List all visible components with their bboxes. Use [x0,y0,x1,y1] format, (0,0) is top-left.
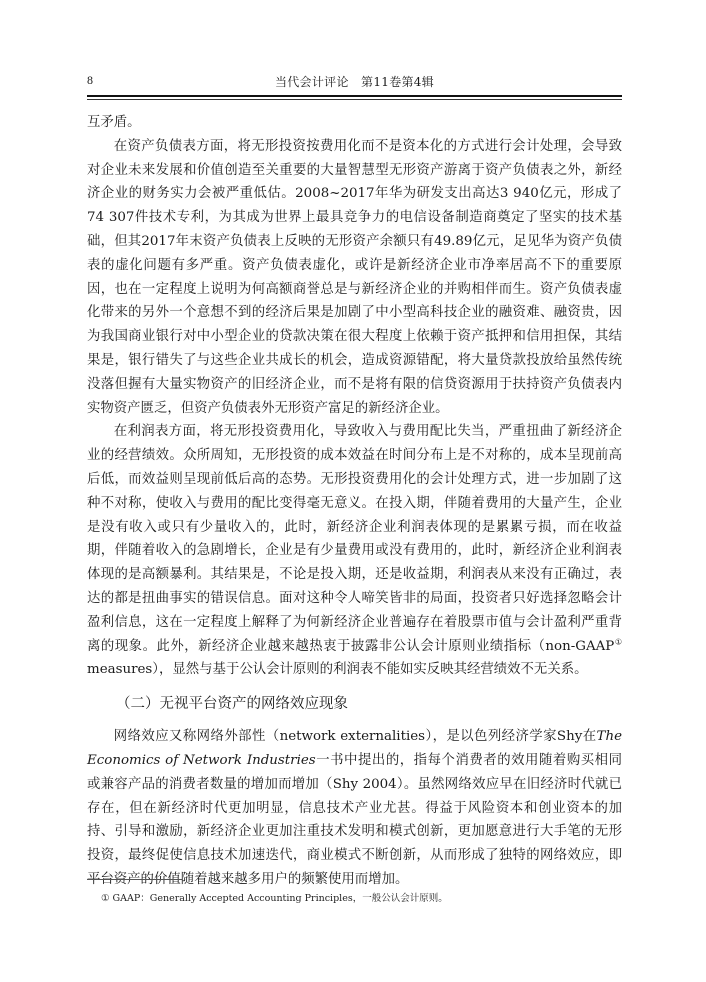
footnote: ① GAAP：Generally Accepted Accounting Pri… [101,890,448,904]
paragraph-balance-sheet: 在资产负债表方面，将无形投资按费用化而不是资本化的方式进行会计处理，会导致对企业… [87,135,622,421]
paragraph-text: measures），显然与基于公认会计原则的利润表不能如实反映其经营绩效不无关系… [87,662,588,677]
header-rule-thin [87,99,622,100]
paragraph-text: 在利润表方面，将无形投资费用化，导致收入与费用配比失当，严重扭曲了新经济企业的经… [87,424,622,653]
section-heading: （二）无视平台资产的网络效应现象 [87,690,622,718]
footnote-ref[interactable]: ① [614,637,622,646]
footnote-separator [87,879,182,880]
journal-title: 当代会计评论 第11卷第4辑 [87,73,622,90]
paragraph-continuation: 互矛盾。 [87,111,622,135]
paragraph-income-statement: 在利润表方面，将无形投资费用化，导致收入与费用配比失当，严重扭曲了新经济企业的经… [87,420,622,682]
paragraph-network-effect: 网络效应又称网络外部性（network externalities），是以色列经… [87,725,622,892]
paragraph-text: 网络效应又称网络外部性（network externalities），是以色列经… [114,729,597,744]
paragraph-text: 一书中提出的，指每个消费者的效用随着购买相同或兼容产品的消费者数量的增加而增加（… [87,753,622,887]
body-text: 互矛盾。 在资产负债表方面，将无形投资按费用化而不是资本化的方式进行会计处理，会… [87,111,622,892]
header-rule-thick [87,95,622,97]
running-header: 8 当代会计评论 第11卷第4辑 [87,73,622,89]
